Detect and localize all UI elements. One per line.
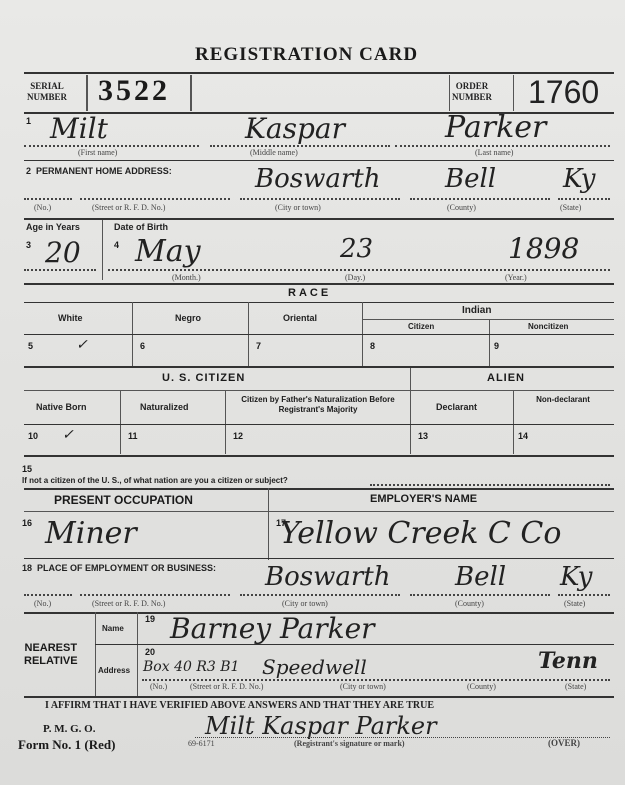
nearest-relative-line2: RELATIVE [24,655,78,668]
order-label: ORDER NUMBER [452,81,492,103]
employer-label: EMPLOYER'S NAME [370,493,477,505]
serial-label: SERIAL NUMBER [27,81,67,103]
occupation-label: PRESENT OCCUPATION [54,493,193,507]
race-negro-label: Negro [175,313,201,323]
field-number-12: 12 [233,431,243,441]
relative-city: Speedwell [262,655,367,679]
field-number-5: 5 [28,341,33,351]
field-number-20: 20 [145,647,155,657]
race-white-label: White [58,313,83,323]
employment-city: Boswarth [265,562,390,592]
registration-card: REGISTRATION CARD SERIAL NUMBER 3522 ORD… [0,0,625,785]
birth-month: May [135,234,201,269]
race-citizen-label: Citizen [408,322,434,331]
relative-name-label: Name [102,624,124,633]
nation-question: If not a citizen of the U. S., of what n… [22,476,288,485]
native-born-label: Native Born [36,402,87,412]
rel-caption-street: (Street or R. F. D. No.) [190,682,263,691]
serial-number: 3522 [98,74,170,108]
employment-place-label-text: PLACE OF EMPLOYMENT OR BUSINESS: [37,563,216,573]
occupation-value: Miner [45,516,137,551]
relative-state: Tenn [538,648,598,674]
field-number-10: 10 [28,431,38,441]
rel-caption-county: (County) [467,682,496,691]
rel-caption-no: (No.) [150,682,167,691]
field-number-6: 6 [140,341,145,351]
emp-caption-city: (City or town) [282,599,328,608]
field-number-1: 1 [26,116,31,126]
first-name-caption: (First name) [78,148,117,157]
rel-caption-state: (State) [565,682,586,691]
middle-name: Kaspar [245,112,345,145]
last-name: Parker [445,110,546,145]
field-number-18: 18 [22,563,32,573]
field-number-13: 13 [418,431,428,441]
race-indian-label: Indian [462,305,491,316]
caption-street: (Street or R. F. D. No.) [92,203,165,212]
registrant-signature: Milt Kaspar Parker [205,712,437,740]
home-city: Boswarth [255,164,380,194]
employment-place-label: 18 PLACE OF EMPLOYMENT OR BUSINESS: [22,563,216,573]
field-number-16: 16 [22,518,32,528]
affirm-statement: I AFFIRM THAT I HAVE VERIFIED ABOVE ANSW… [45,700,434,711]
serial-label-line2: NUMBER [27,92,67,103]
print-code: 69-6171 [188,739,215,748]
race-oriental-label: Oriental [283,313,317,323]
emp-caption-street: (Street or R. F. D. No.) [92,599,165,608]
field-number-14: 14 [518,431,528,441]
first-name: Milt [50,112,108,145]
order-number: 1760 [528,74,599,111]
birth-day: 23 [340,234,373,264]
middle-name-caption: (Middle name) [250,148,298,157]
serial-label-line1: SERIAL [27,81,67,92]
alien-title: ALIEN [487,372,525,384]
non-declarant-label: Non-declarant [528,395,598,405]
rel-caption-city: (City or town) [340,682,386,691]
race-title: RACE [288,287,331,299]
emp-caption-state: (State) [564,599,585,608]
card-title: REGISTRATION CARD [195,44,418,66]
field-number-19: 19 [145,614,155,624]
nearest-relative-label: NEAREST RELATIVE [24,642,78,668]
age-value: 20 [45,236,81,269]
race-noncitizen-label: Noncitizen [528,322,568,331]
signature-caption: (Registrant's signature or mark) [294,739,405,748]
relative-street: Box 40 R3 B1 [143,659,239,675]
caption-county: (County) [447,203,476,212]
field-number-11: 11 [128,431,138,441]
caption-month: (Month.) [172,273,201,282]
native-born-check: ✓ [62,427,74,443]
over-label: (OVER) [548,738,580,748]
birth-label: Date of Birth [114,222,168,232]
employment-state: Ky [560,562,592,592]
relative-address-label: Address [98,666,130,675]
caption-no: (No.) [34,203,51,212]
emp-caption-no: (No.) [34,599,51,608]
caption-state: (State) [560,203,581,212]
field-number-4: 4 [114,240,119,250]
caption-day: (Day.) [345,273,365,282]
order-label-line1: ORDER [452,81,492,92]
field-number-2: 2 [26,166,31,176]
caption-city: (City or town) [275,203,321,212]
home-address-label-text: PERMANENT HOME ADDRESS: [36,166,172,176]
caption-year: (Year.) [505,273,527,282]
naturalized-label: Naturalized [140,402,189,412]
field-number-9: 9 [494,341,499,351]
relative-name: Barney Parker [170,612,375,645]
last-name-caption: (Last name) [475,148,513,157]
order-label-line2: NUMBER [452,92,492,103]
nearest-relative-line1: NEAREST [24,642,78,655]
field-number-15: 15 [22,464,32,474]
pmgo-label: P. M. G. O. [43,723,95,735]
us-citizen-title: U. S. CITIZEN [162,372,245,384]
employment-county: Bell [455,562,506,592]
father-naturalization-label: Citizen by Father's Naturalization Befor… [228,395,408,415]
emp-caption-county: (County) [455,599,484,608]
field-number-8: 8 [370,341,375,351]
employer-value: Yellow Creek C Co [280,516,561,551]
race-white-check: ✓ [76,337,88,353]
age-label: Age in Years [26,222,80,232]
field-number-3: 3 [26,240,31,250]
home-address-label: 2 PERMANENT HOME ADDRESS: [26,166,172,176]
home-state: Ky [563,164,595,194]
home-county: Bell [445,164,496,194]
birth-year: 1898 [508,232,579,265]
form-number-label: Form No. 1 (Red) [18,737,115,753]
declarant-label: Declarant [436,402,477,412]
field-number-7: 7 [256,341,261,351]
